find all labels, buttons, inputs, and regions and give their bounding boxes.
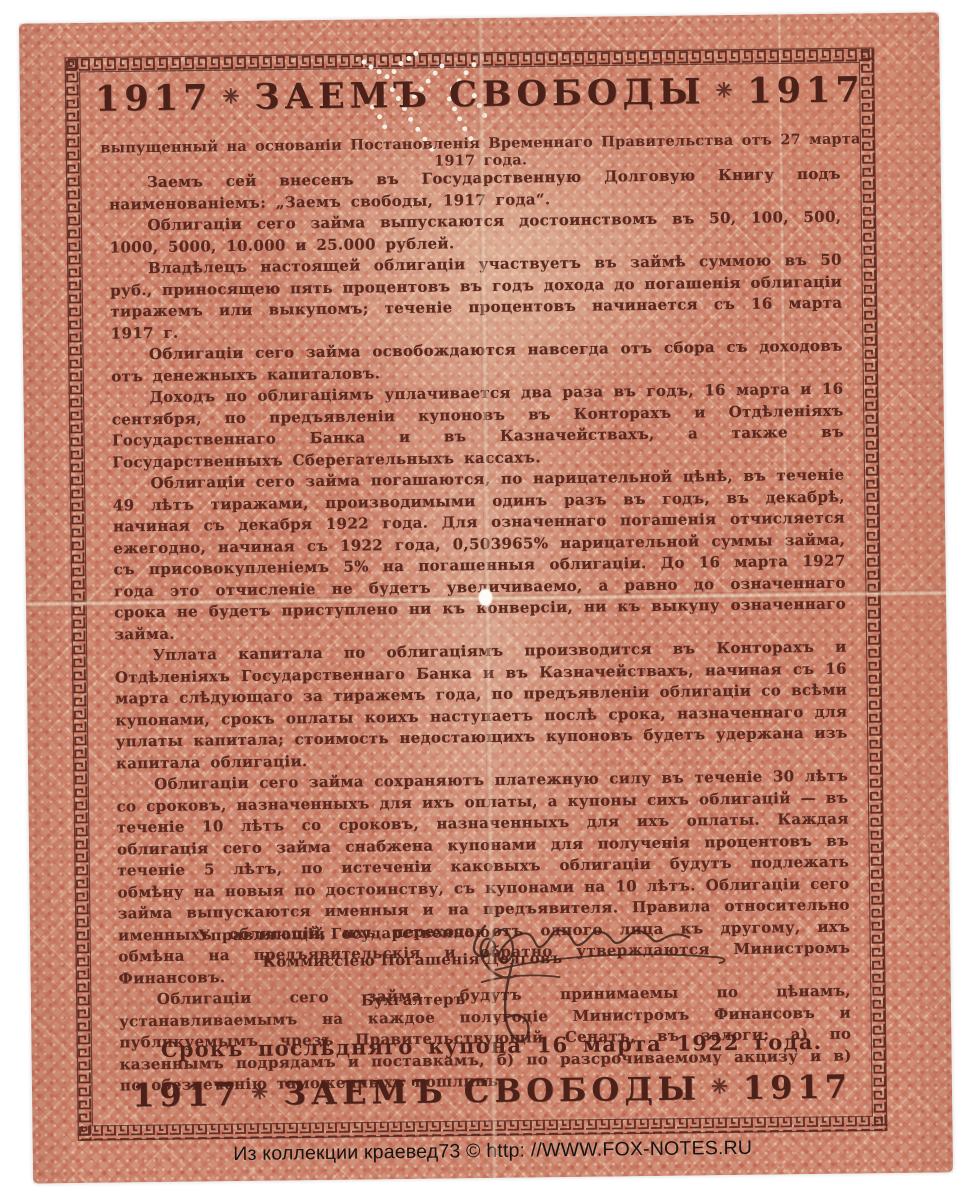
rosette-icon: ✳ [241,1080,283,1105]
title-year-left: 1917 [132,1075,242,1114]
title-year-right: 1917 [743,1068,853,1107]
paragraph: Владѣлецъ настоящей облигаціи участвуетъ… [110,250,843,345]
bond-document: 1917✳ЗАЕМЪ СВОБОДЫ✳1917 выпущенный на ос… [19,12,953,1183]
official-title-line1: Управляющій Государственною [198,923,490,945]
paragraph: Доходъ по облигаціямъ уплачивается два р… [111,379,844,474]
fold-hole [478,588,493,607]
rosette-icon: ✳ [705,78,747,103]
title-year-left: 1917 [95,77,213,119]
paragraph: Облигаціи сего займа погашаются, по нари… [112,465,846,646]
rosette-icon: ✳ [212,84,254,109]
paragraph: Уплата капитала по облигаціямъ производи… [115,637,849,775]
accountant-label: Бухгалтеръ [361,990,466,1009]
rosette-icon: ✳ [701,1074,743,1099]
title-year-right: 1917 [747,69,865,111]
